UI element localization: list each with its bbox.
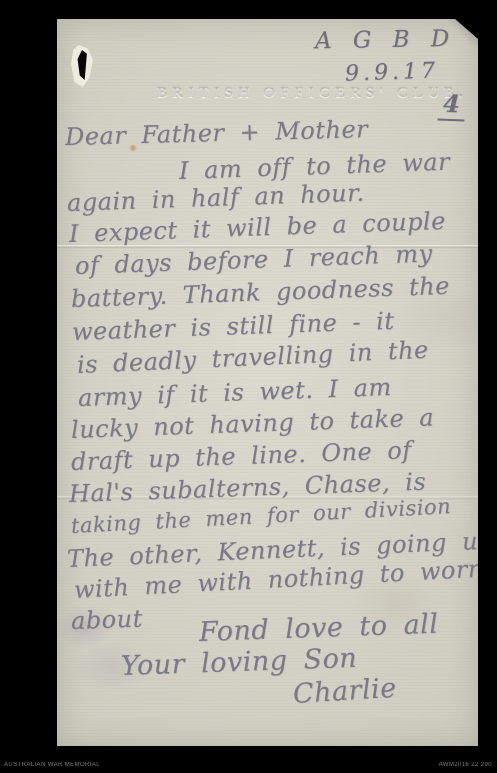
paper-tear-hole-dark — [77, 50, 88, 80]
paper-tear-hole — [71, 45, 93, 87]
unit-code-annotation: A G B D — [315, 26, 457, 54]
page-number: 4 — [437, 89, 465, 122]
salutation: Dear Father + Mother — [65, 115, 369, 151]
archive-scan-frame: A G B D 9.9.17 BRITISH OFFICERS' CLUB. 4… — [0, 0, 497, 773]
signoff: Your loving Son — [120, 643, 357, 682]
valediction: Fond love to all — [198, 609, 438, 648]
archive-caption-left: AUSTRALIAN WAR MEMORIAL — [4, 762, 100, 769]
archive-caption-right: AWM2016 22 290 — [439, 762, 492, 769]
date-annotation: 9.9.17 — [345, 58, 440, 86]
handwriting-line: about — [71, 605, 144, 635]
letter-page: A G B D 9.9.17 BRITISH OFFICERS' CLUB. 4… — [57, 19, 478, 746]
signature: Charlie — [292, 673, 398, 710]
embossed-letterhead: BRITISH OFFICERS' CLUB. — [157, 85, 437, 102]
